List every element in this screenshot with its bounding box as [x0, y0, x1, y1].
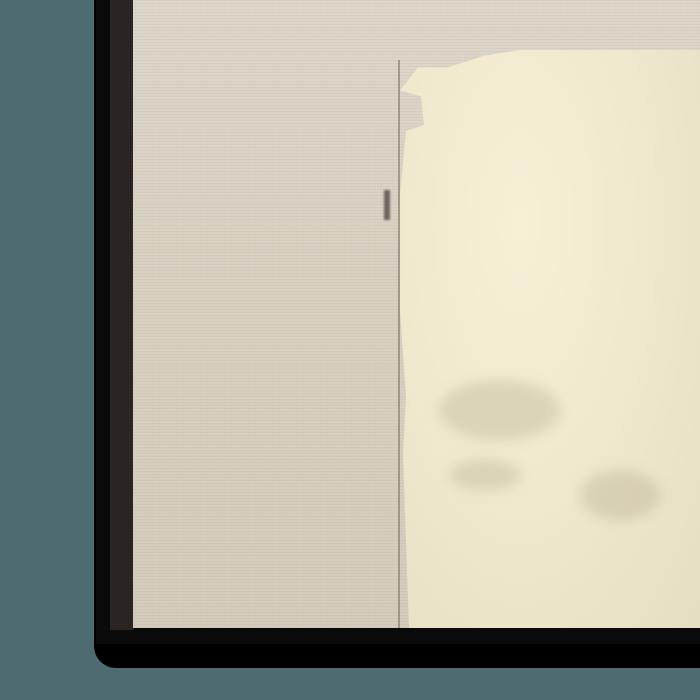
torn-paper-panel: [400, 50, 700, 628]
frame-inner-edge: [110, 0, 134, 630]
stain: [580, 470, 660, 520]
dark-mark: [384, 190, 390, 220]
stain: [440, 380, 560, 440]
stain: [450, 460, 520, 490]
paper-edge-line: [398, 60, 400, 628]
